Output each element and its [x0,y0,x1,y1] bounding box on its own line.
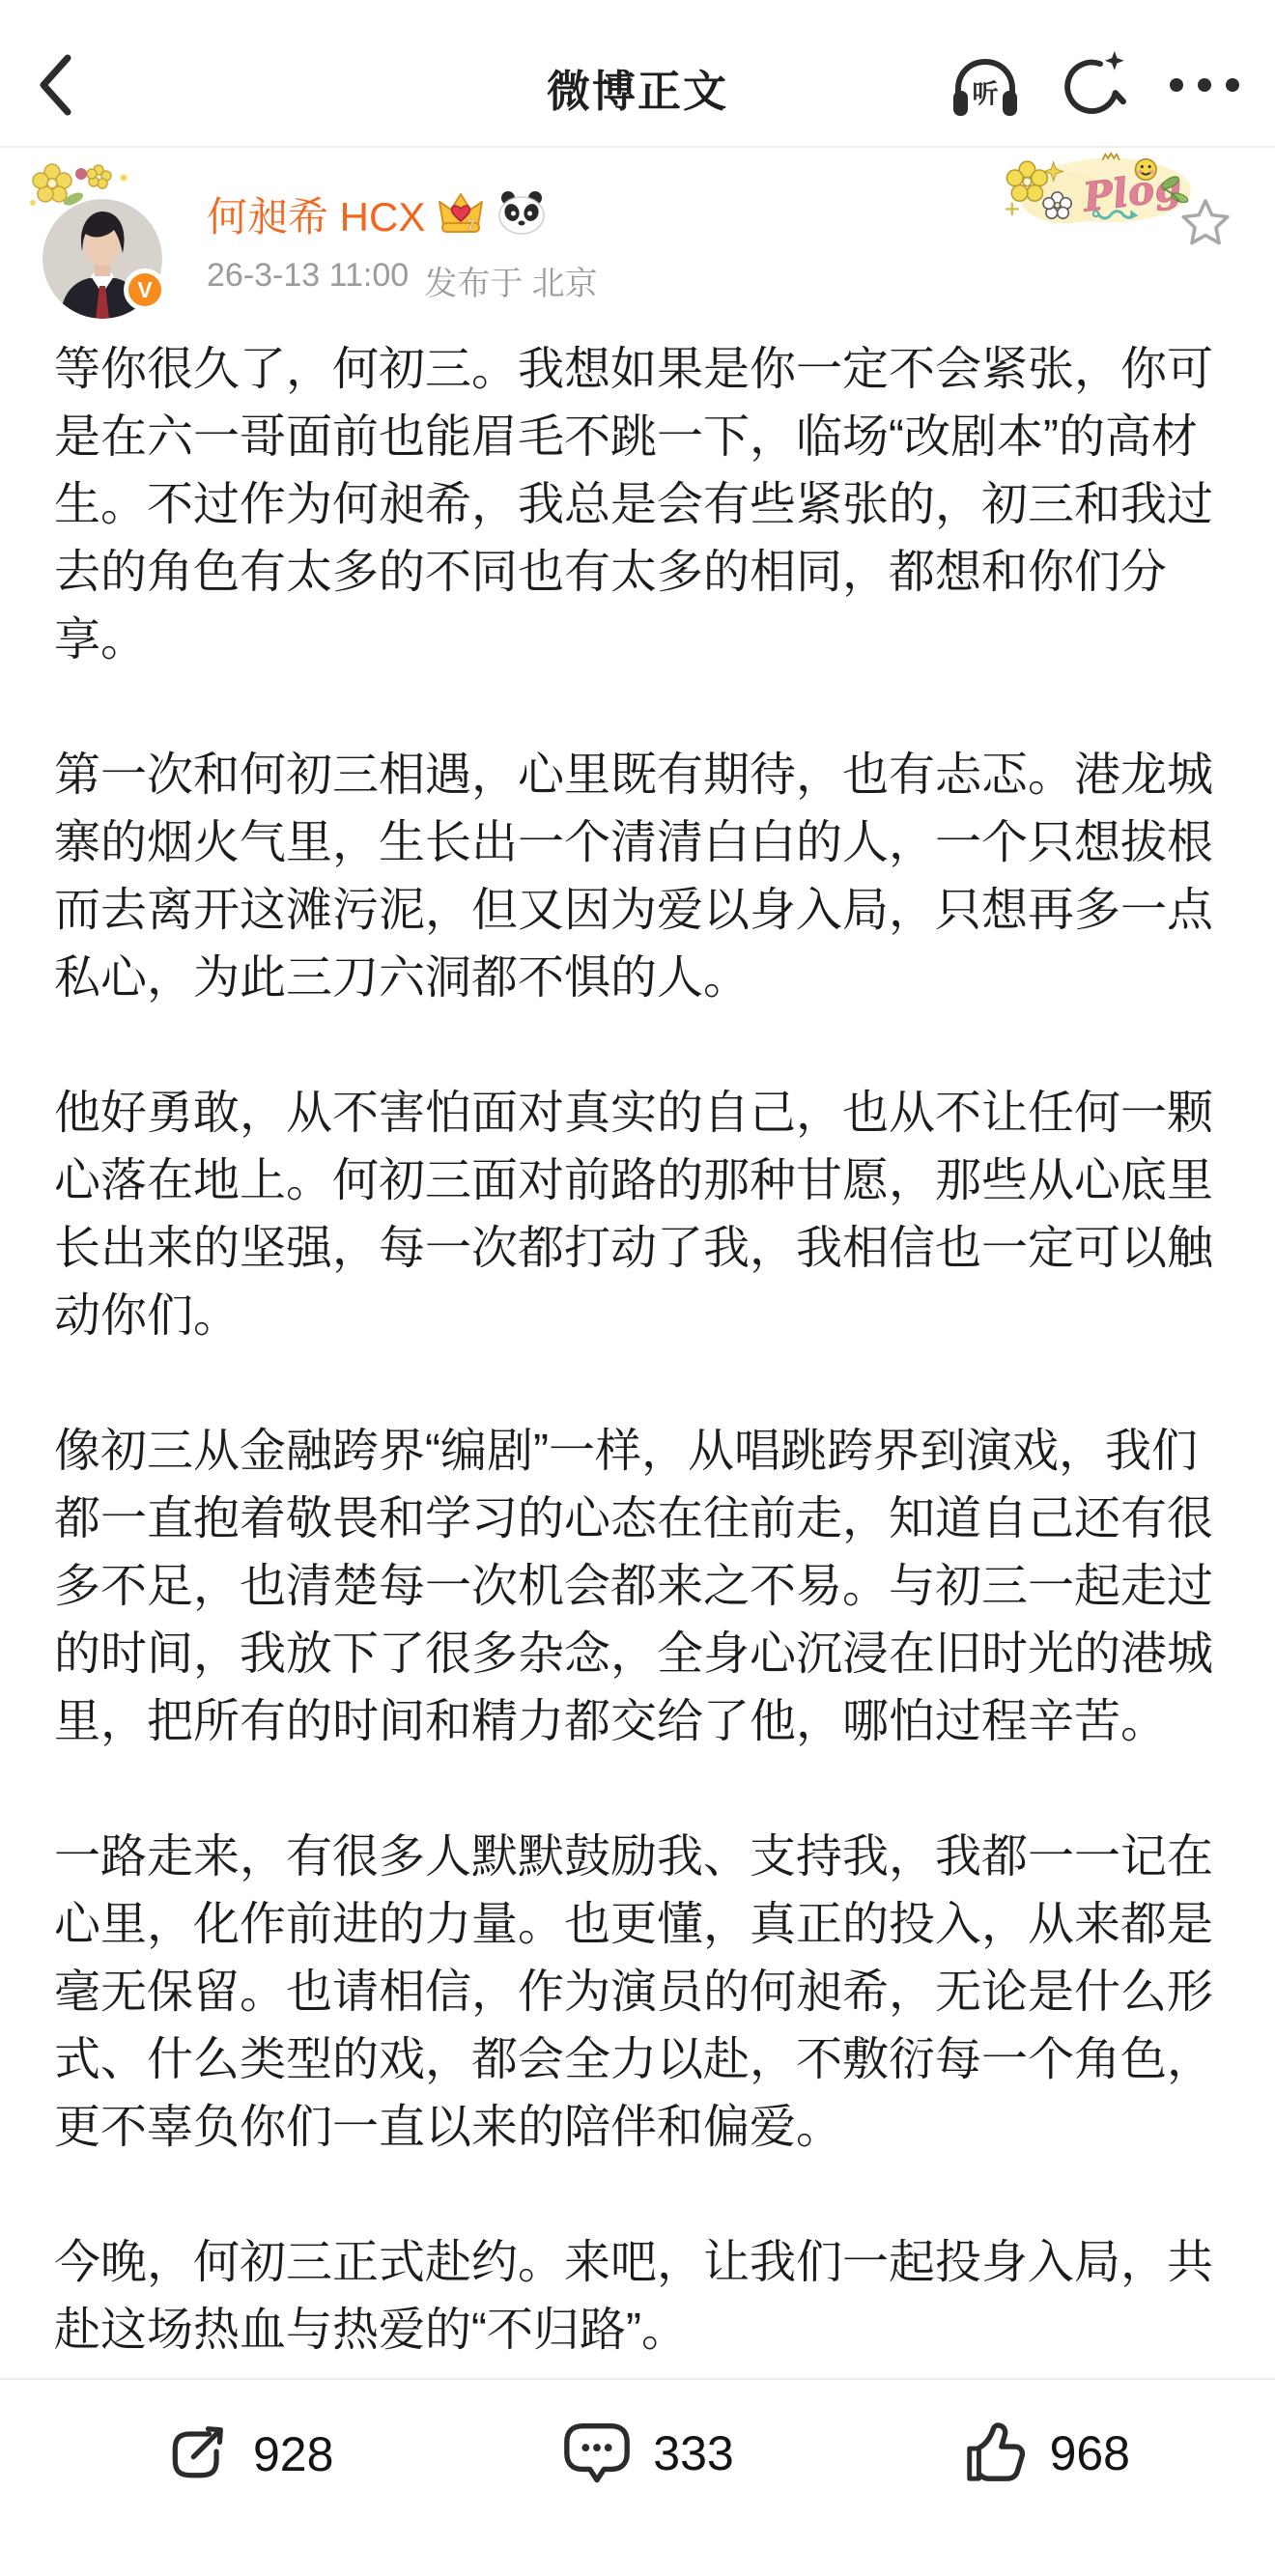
comment-button[interactable]: 333 [558,2415,733,2491]
listen-label: 听 [973,73,999,111]
share-icon [162,2415,236,2493]
nav-bar: 微博正文 听 [0,29,1275,145]
post-paragraph: 今晚，何初三正式赴约。来吧，让我们一起投身入局，共赴这场热血与热爱的“不归路”。 [54,2229,1223,2364]
post-paragraph: 一路走来，有很多人默默鼓励我、支持我，我都一一记在心里，化作前进的力量。也更懂，… [54,1824,1223,2162]
action-bar: 928 333 968 [0,2378,1275,2576]
svg-text:7: 7 [467,218,475,235]
more-dots-icon [1169,77,1240,98]
nav-actions: 听 [949,29,1240,145]
share-button[interactable]: 928 [162,2415,333,2493]
post-body: 等你很久了，何初三。我想如果是你一定不会紧张，你可是在六一哥面前也能眉毛不跳一下… [54,336,1223,2432]
like-button[interactable]: 968 [959,2415,1130,2491]
panda-icon [496,190,547,240]
plog-sticker: Plog [1005,151,1193,231]
comment-bubble-icon [558,2415,636,2491]
post-paragraph: 等你很久了，何初三。我想如果是你一定不会紧张，你可是在六一哥面前也能眉毛不跳一下… [54,336,1223,674]
favorite-star-button[interactable] [1180,197,1231,252]
comment-count: 333 [653,2425,733,2481]
post-paragraph: 像初三从金融跨界“编剧”一样，从唱跳跨界到演戏，我们都一直抱着敬畏和学习的心态在… [54,1418,1223,1756]
ai-sparkle-refresh-icon [1061,50,1130,125]
author-name-line: 何昶希 HCX 7 [207,185,547,243]
post-meta: 26-3-13 11:00 发布于 北京 [207,257,598,304]
post-paragraph: 他好勇敢，从不害怕面对真实的自己，也从不让任何一颗心落在地上。何初三面对前路的那… [54,1080,1223,1350]
author-name[interactable]: 何昶希 HCX [207,185,425,243]
listen-audio-button[interactable]: 听 [949,54,1022,120]
more-button[interactable] [1169,77,1240,98]
star-icon [1180,235,1231,251]
verified-badge: V [124,269,166,311]
post-paragraph: 第一次和何初三相遇，心里既有期待，也有忐忑。港龙城寨的烟火气里，生长出一个清清白… [54,742,1223,1012]
ai-assistant-button[interactable] [1061,50,1130,125]
vip-crown-icon: 7 [437,190,485,240]
like-count: 968 [1050,2425,1130,2481]
post-source: 发布于 北京 [424,257,597,304]
author-header: V 何昶希 HCX 7 26-3-13 11:00 发布于 北京 [0,164,1275,338]
nav-divider [0,146,1275,148]
post-timestamp: 26-3-13 11:00 [207,257,409,304]
thumbs-up-icon [959,2415,1033,2491]
share-count: 928 [253,2426,333,2482]
